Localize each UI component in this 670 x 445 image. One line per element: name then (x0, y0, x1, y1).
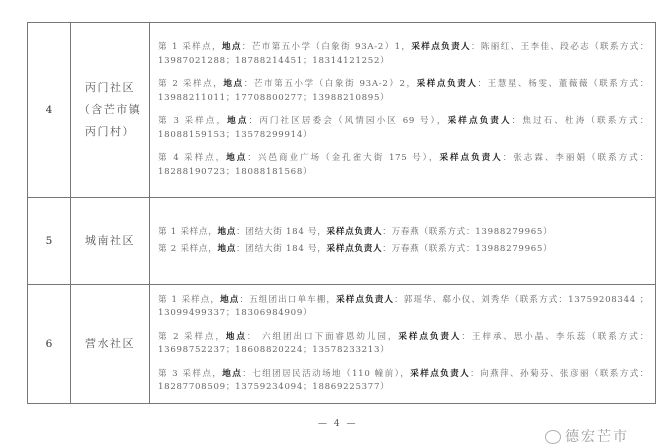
sampling-sites-table: 4 丙门社区 （含芒市镇 丙门村） 第 1 采样点，地点：芒市第五小学（白象街 … (27, 22, 656, 404)
responsible-label: 采样点负责人 (327, 227, 383, 237)
community-name: 城南社区 (71, 198, 150, 285)
site-location: ：团结大街 184 号， (236, 227, 326, 237)
responsible-label: 采样点负责人 (439, 153, 502, 163)
site-prefix: 第 2 采样点， (158, 332, 226, 342)
site-location: ：丙门社区居委会（风情园小区 69 号）， (249, 116, 448, 126)
wechat-logo-icon (545, 430, 561, 444)
site-location: ：兴邑商业广场（金孔雀大街 175 号）， (247, 153, 439, 163)
location-label: 地点 (220, 295, 239, 305)
sampling-sites-cell: 第 1 采样点，地点：芒市第五小学（白象街 93A-2）1，采样点负责人：陈丽红… (150, 23, 656, 198)
site-prefix: 第 3 采样点， (158, 116, 227, 126)
community-name-line: 城南社区 (71, 230, 149, 252)
site-prefix: 第 1 采样点， (158, 42, 222, 52)
sampling-site-entry: 第 3 采样点，地点：七组团居民活动场地（110 幢前），采样点负责人：向燕萍、… (158, 368, 649, 395)
location-label: 地点 (227, 116, 248, 126)
location-label: 地点 (226, 332, 247, 342)
sampling-site-entry: 第 4 采样点，地点：兴邑商业广场（金孔雀大街 175 号），采样点负责人：张志… (158, 152, 649, 179)
responsible-label: 采样点负责人 (410, 369, 470, 379)
responsible-label: 采样点负责人 (398, 332, 461, 342)
table-row: 4 丙门社区 （含芒市镇 丙门村） 第 1 采样点，地点：芒市第五小学（白象街 … (28, 23, 656, 198)
site-location: ： 六组团出口下面睿恩幼儿园， (247, 332, 399, 342)
sampling-site-entry: 第 1 采样点，地点：五组团出口单车棚，采样点负责人：郭瑶华、郗小仪、刘秀华（联… (158, 294, 649, 321)
table-row: 6 营水社区 第 1 采样点，地点：五组团出口单车棚，采样点负责人：郭瑶华、郗小… (28, 285, 656, 404)
sampling-site-entry: 第 1 采样点，地点：团结大街 184 号，采样点负责人：万春燕（联系方式：13… (158, 226, 649, 240)
community-name: 营水社区 (71, 285, 150, 404)
row-number: 6 (28, 285, 71, 404)
community-name-line: 营水社区 (71, 333, 149, 355)
sampling-site-entry: 第 3 采样点，地点：丙门社区居委会（风情园小区 69 号），采样点负责人：焦过… (158, 115, 649, 142)
page-number: — 4 — (318, 419, 357, 429)
location-label: 地点 (226, 153, 247, 163)
site-location: ：芒市第五小学（白象街 93A-2）2， (244, 79, 417, 89)
responsible-label: 采样点负责人 (417, 79, 478, 89)
sampling-site-entry: 第 1 采样点，地点：芒市第五小学（白象街 93A-2）1，采样点负责人：陈丽红… (158, 41, 649, 68)
location-label: 地点 (218, 227, 237, 237)
responsible-label: 采样点负责人 (336, 295, 394, 305)
site-prefix: 第 2 采样点， (158, 244, 218, 254)
site-prefix: 第 2 采样点， (158, 79, 223, 89)
site-prefix: 第 1 采样点， (158, 227, 218, 237)
location-label: 地点 (222, 369, 242, 379)
responsible-label: 采样点负责人 (411, 42, 471, 52)
site-contacts: ：万春燕（联系方式：13988279965） (382, 227, 552, 237)
sampling-site-entry: 第 2 采样点，地点：团结大街 184 号，采样点负责人：万春燕（联系方式：13… (158, 243, 649, 257)
location-label: 地点 (222, 42, 242, 52)
responsible-label: 采样点负责人 (327, 244, 383, 254)
sampling-site-entry: 第 2 采样点，地点： 六组团出口下面睿恩幼儿园，采样点负责人：王梓承、思小晶、… (158, 331, 649, 358)
site-location: ：芒市第五小学（白象街 93A-2）1， (242, 42, 412, 52)
community-name: 丙门社区 （含芒市镇 丙门村） (71, 23, 150, 198)
community-name-line: （含芒市镇 (71, 99, 149, 121)
sampling-site-entry: 第 2 采样点，地点：芒市第五小学（白象街 93A-2）2，采样点负责人：王慧星… (158, 78, 649, 105)
sampling-sites-cell: 第 1 采样点，地点：团结大街 184 号，采样点负责人：万春燕（联系方式：13… (150, 198, 656, 285)
site-contacts: ：万春燕（联系方式：13988279965） (382, 244, 552, 254)
row-number: 5 (28, 198, 71, 285)
community-name-line: 丙门村） (71, 121, 149, 143)
location-label: 地点 (218, 244, 237, 254)
site-prefix: 第 3 采样点， (158, 369, 222, 379)
responsible-label: 采样点负责人 (448, 116, 512, 126)
watermark-text: 德宏芒市 (565, 429, 629, 445)
site-location: ：七组团居民活动场地（110 幢前）， (242, 369, 410, 379)
row-number: 4 (28, 23, 71, 198)
watermark: 德宏芒市 (545, 426, 629, 445)
community-name-line: 丙门社区 (71, 77, 149, 99)
site-prefix: 第 1 采样点， (158, 295, 220, 305)
site-location: ：团结大街 184 号， (236, 244, 326, 254)
sampling-sites-cell: 第 1 采样点，地点：五组团出口单车棚，采样点负责人：郭瑶华、郗小仪、刘秀华（联… (150, 285, 656, 404)
table-row: 5 城南社区 第 1 采样点，地点：团结大街 184 号，采样点负责人：万春燕（… (28, 198, 656, 285)
location-label: 地点 (223, 79, 243, 89)
site-location: ：五组团出口单车棚， (239, 295, 336, 305)
site-prefix: 第 4 采样点， (158, 153, 226, 163)
